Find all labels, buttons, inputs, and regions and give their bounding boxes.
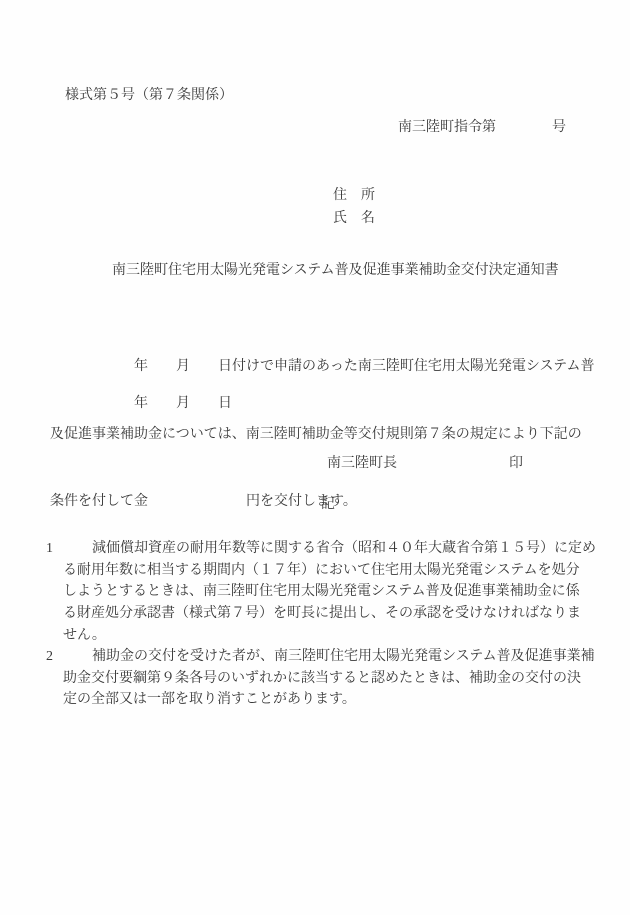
form-number: 様式第５号（第７条関係） (65, 89, 233, 103)
item-line: 減価償却資産の耐用年数等に関する省令（昭和４０年大蔵省令第１５号）に定め (63, 538, 608, 560)
condition-item-2: 2 補助金の交付を受けた者が、南三陸町住宅用太陽光発電システム普及促進事業補 助… (63, 646, 608, 711)
document-page: 様式第５号（第７条関係） 南三陸町指令第 号 住 所 氏 名 南三陸町住宅用太陽… (0, 0, 630, 915)
item-line: せん。 (63, 625, 608, 647)
item-line: しようとするときは、南三陸町住宅用太陽光発電システム普及促進事業補助金に係 (63, 581, 608, 603)
mayor-signature-label: 南三陸町長 (327, 457, 397, 471)
body-line: 及促進事業補助金については、南三陸町補助金等交付規則第７条の規定により下記の (50, 424, 594, 447)
item-line: 定の全部又は一部を取り消すことがあります。 (63, 689, 608, 711)
item-line: る財産処分承認書（様式第７号）を町長に提出し、その承認を受けなければなりま (63, 603, 608, 625)
seal-mark: 印 (509, 457, 523, 471)
directive-number-line: 南三陸町指令第 号 (398, 121, 566, 135)
name-label: 氏 名 (333, 212, 375, 226)
condition-item-1: 1 減価償却資産の耐用年数等に関する省令（昭和４０年大蔵省令第１５号）に定め る… (63, 538, 608, 647)
item-line: る耐用年数に相当する期間内（１７年）において住宅用太陽光発電システムを処分 (63, 560, 608, 582)
item-number: 2 (46, 646, 53, 668)
body-line: 年 月 日付けで申請のあった南三陸町住宅用太陽光発電システム普 (50, 356, 594, 379)
date-line: 年 月 日 (50, 397, 232, 411)
item-number: 1 (46, 538, 53, 560)
item-line: 助金交付要綱第９条各号のいずれかに該当すると認めたときは、補助金の交付の決 (63, 668, 608, 690)
body-paragraph: 年 月 日付けで申請のあった南三陸町住宅用太陽光発電システム普 及促進事業補助金… (50, 311, 594, 559)
address-label: 住 所 (333, 189, 375, 203)
item-line: 補助金の交付を受けた者が、南三陸町住宅用太陽光発電システム普及促進事業補 (63, 646, 608, 668)
document-title: 南三陸町住宅用太陽光発電システム普及促進事業補助金交付決定通知書 (112, 264, 559, 278)
record-heading: 記 (321, 498, 335, 512)
